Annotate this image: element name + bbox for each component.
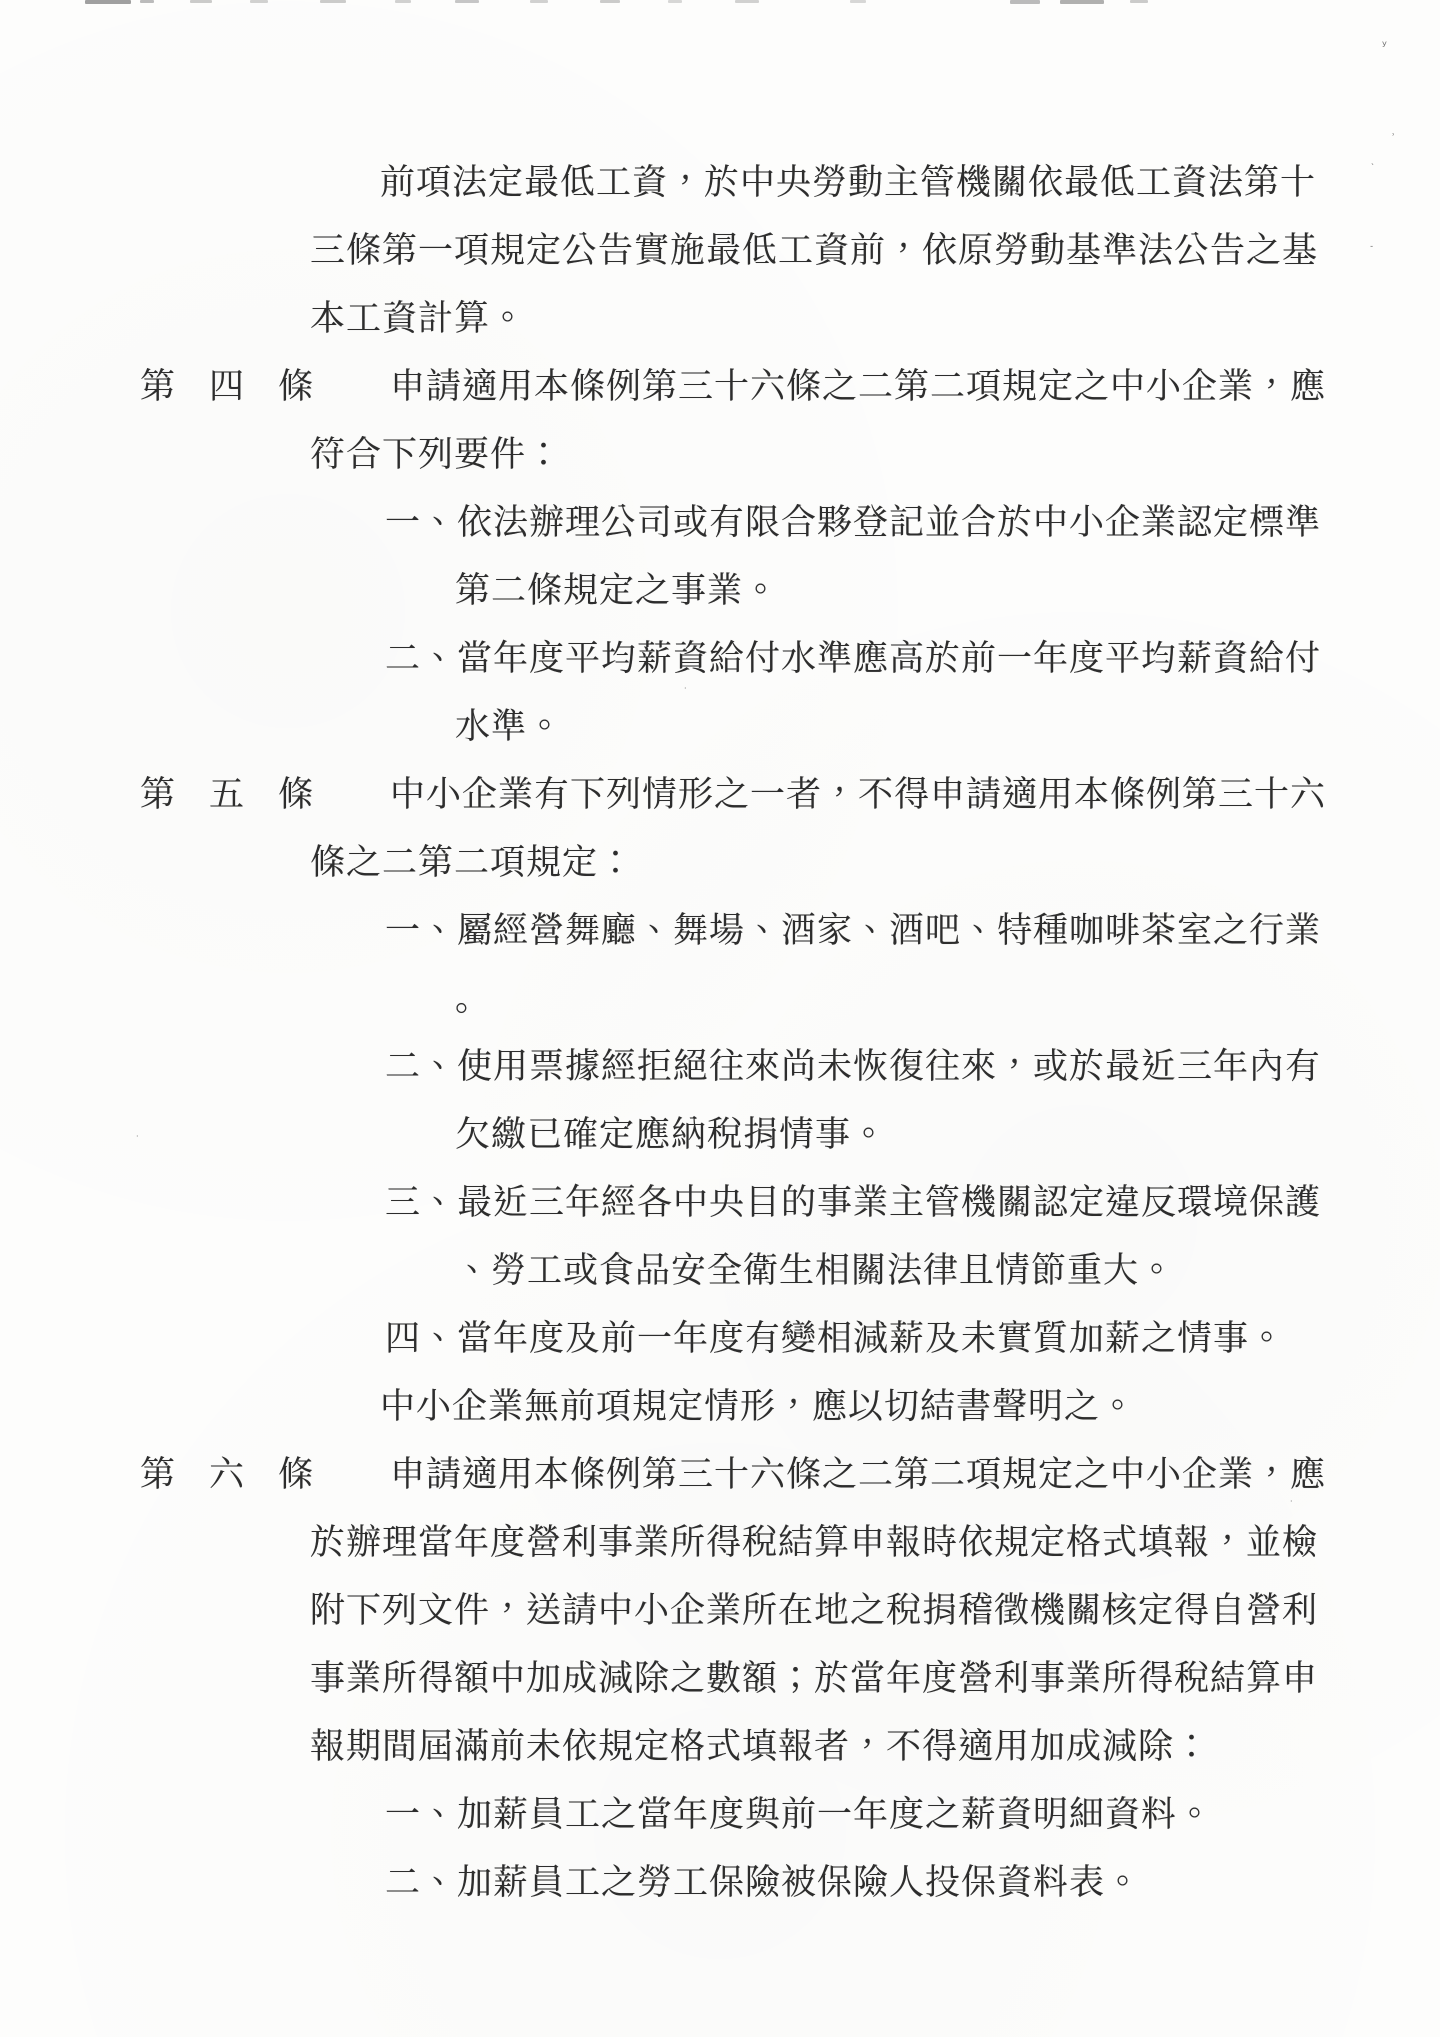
document-line: 三條第一項規定公告實施最低工資前，依原勞動基準法公告之基	[0, 217, 1440, 285]
article-heading: 第五條中小企業有下列情形之一者，不得申請適用本條例第三十六	[0, 761, 1440, 829]
scan-artifact	[735, 0, 759, 3]
scan-speck: ˒	[1392, 130, 1395, 143]
scan-artifact	[320, 0, 346, 3]
list-item-line: 二、使用票據經拒絕往來尚未恢復往來，或於最近三年內有	[0, 1033, 1440, 1101]
scan-artifact	[668, 0, 682, 3]
scan-artifact	[1130, 0, 1148, 3]
article-body-text: 申請適用本條例第三十六條之二第二項規定之中小企業，應	[390, 367, 1326, 407]
article-number: 第六條	[140, 1441, 390, 1509]
document-line: 事業所得額中加成減除之數額；於當年度營利事業所得稅結算申	[0, 1645, 1440, 1713]
document-line: 報期間屆滿前未依規定格式填報者，不得適用加成減除：	[0, 1713, 1440, 1781]
list-item-line: 、勞工或食品安全衛生相關法律且情節重大。	[0, 1237, 1440, 1305]
list-item-line: 水準。	[0, 693, 1440, 761]
scan-artifact	[395, 0, 411, 3]
list-item-line: 二、加薪員工之勞工保險被保險人投保資料表。	[0, 1849, 1440, 1917]
document-text-block: 前項法定最低工資，於中央勞動主管機關依最低工資法第十 三條第一項規定公告實施最低…	[0, 149, 1440, 1917]
list-item-line: 欠繳已確定應納稅捐情事。	[0, 1101, 1440, 1169]
article-number: 第五條	[140, 761, 390, 829]
list-item-line: 一、加薪員工之當年度與前一年度之薪資明細資料。	[0, 1781, 1440, 1849]
scan-speck: ʸ	[1382, 40, 1387, 53]
list-item-line: 一、屬經營舞廳、舞場、酒家、酒吧、特種咖啡茶室之行業	[0, 897, 1440, 965]
document-line: 條之二第二項規定：	[0, 829, 1440, 897]
scan-artifact	[140, 0, 154, 3]
scan-artifact	[530, 0, 548, 3]
scan-artifact	[85, 0, 131, 4]
scan-artifact	[600, 0, 620, 3]
list-item-line: 一、依法辦理公司或有限合夥登記並合於中小企業認定標準	[0, 489, 1440, 557]
document-line: 本工資計算。	[0, 285, 1440, 353]
article-heading: 第四條申請適用本條例第三十六條之二第二項規定之中小企業，應	[0, 353, 1440, 421]
scan-artifact	[250, 0, 268, 3]
document-page: ʸ ˒ ˴ ˗ · · · 前項法定最低工資，於中央勞動主管機關依最低工資法第十…	[0, 0, 1440, 2037]
scan-artifact	[1010, 0, 1040, 4]
scan-artifact	[190, 0, 212, 3]
scan-artifact	[455, 0, 479, 3]
document-line: 符合下列要件：	[0, 421, 1440, 489]
article-body-text: 中小企業有下列情形之一者，不得申請適用本條例第三十六	[390, 775, 1326, 815]
scan-artifact	[1060, 0, 1104, 4]
document-line: 前項法定最低工資，於中央勞動主管機關依最低工資法第十	[0, 149, 1440, 217]
list-item-line: 。	[0, 965, 1440, 1033]
article-number: 第四條	[140, 353, 390, 421]
article-heading: 第六條申請適用本條例第三十六條之二第二項規定之中小企業，應	[0, 1441, 1440, 1509]
list-item-line: 第二條規定之事業。	[0, 557, 1440, 625]
document-line: 於辦理當年度營利事業所得稅結算申報時依規定格式填報，並檢	[0, 1509, 1440, 1577]
article-body-text: 申請適用本條例第三十六條之二第二項規定之中小企業，應	[390, 1455, 1326, 1495]
list-item-line: 四、當年度及前一年度有變相減薪及未實質加薪之情事。	[0, 1305, 1440, 1373]
scan-artifact	[850, 0, 866, 3]
document-line: 附下列文件，送請中小企業所在地之稅捐稽徵機關核定得自營利	[0, 1577, 1440, 1645]
list-item-line: 三、最近三年經各中央目的事業主管機關認定違反環境保護	[0, 1169, 1440, 1237]
document-line: 中小企業無前項規定情形，應以切結書聲明之。	[0, 1373, 1440, 1441]
list-item-line: 二、當年度平均薪資給付水準應高於前一年度平均薪資給付	[0, 625, 1440, 693]
